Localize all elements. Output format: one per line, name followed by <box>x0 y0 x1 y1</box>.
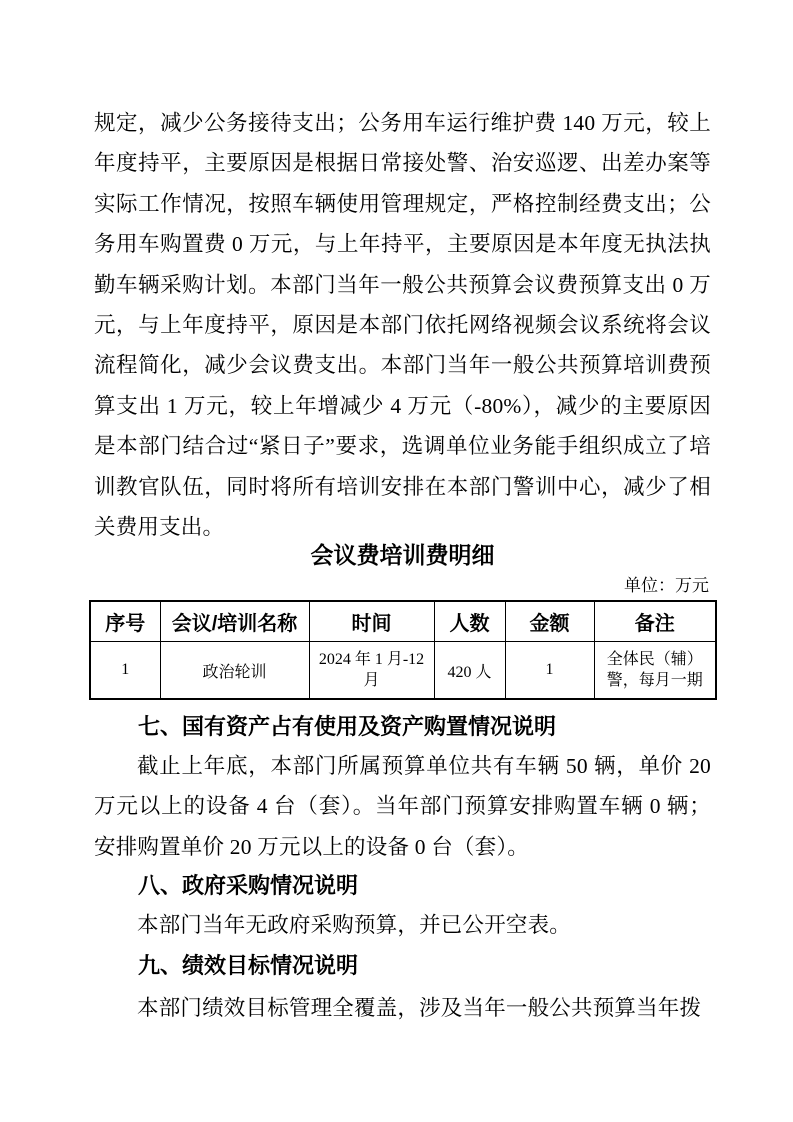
cell-amount: 1 <box>505 642 594 700</box>
cell-remark: 全体民（辅）警，每月一期 <box>594 642 716 700</box>
header-cell-people: 人数 <box>434 601 505 642</box>
section-8-body: 本部门当年无政府采购预算，并已公开空表。 <box>94 905 711 945</box>
section-7-heading: 七、国有资产占有使用及资产购置情况说明 <box>94 712 711 742</box>
cell-people: 420 人 <box>434 642 505 700</box>
unit-note: 单位：万元 <box>89 575 709 597</box>
table-row: 1 政治轮训 2024 年 1 月-12 月 420 人 1 全体民（辅）警，每… <box>90 642 716 700</box>
cell-name: 政治轮训 <box>160 642 309 700</box>
header-cell-amount: 金额 <box>505 601 594 642</box>
header-cell-name: 会议/培训名称 <box>160 601 309 642</box>
cell-index: 1 <box>90 642 160 700</box>
continuation-paragraph: 规定，减少公务接待支出；公务用车运行维护费 140 万元，较上年度持平，主要原因… <box>94 103 711 547</box>
section-7-body: 截止上年底，本部门所属预算单位共有车辆 50 辆，单价 20 万元以上的设备 4… <box>94 746 711 867</box>
section-8-heading: 八、政府采购情况说明 <box>94 871 711 901</box>
table-header-row: 序号 会议/培训名称 时间 人数 金额 备注 <box>90 601 716 642</box>
table-title: 会议费培训费明细 <box>94 540 711 570</box>
cell-time: 2024 年 1 月-12 月 <box>309 642 434 700</box>
header-cell-index: 序号 <box>90 601 160 642</box>
header-cell-remark: 备注 <box>594 601 716 642</box>
document-page: { "page": { "background_color": "#ffffff… <box>0 0 793 1122</box>
header-cell-time: 时间 <box>309 601 434 642</box>
section-9-heading: 九、绩效目标情况说明 <box>94 951 711 981</box>
meeting-training-fee-table: 序号 会议/培训名称 时间 人数 金额 备注 1 政治轮训 2024 年 1 月… <box>89 600 717 700</box>
section-9-body: 本部门绩效目标管理全覆盖，涉及当年一般公共预算当年拨 <box>94 988 711 1028</box>
